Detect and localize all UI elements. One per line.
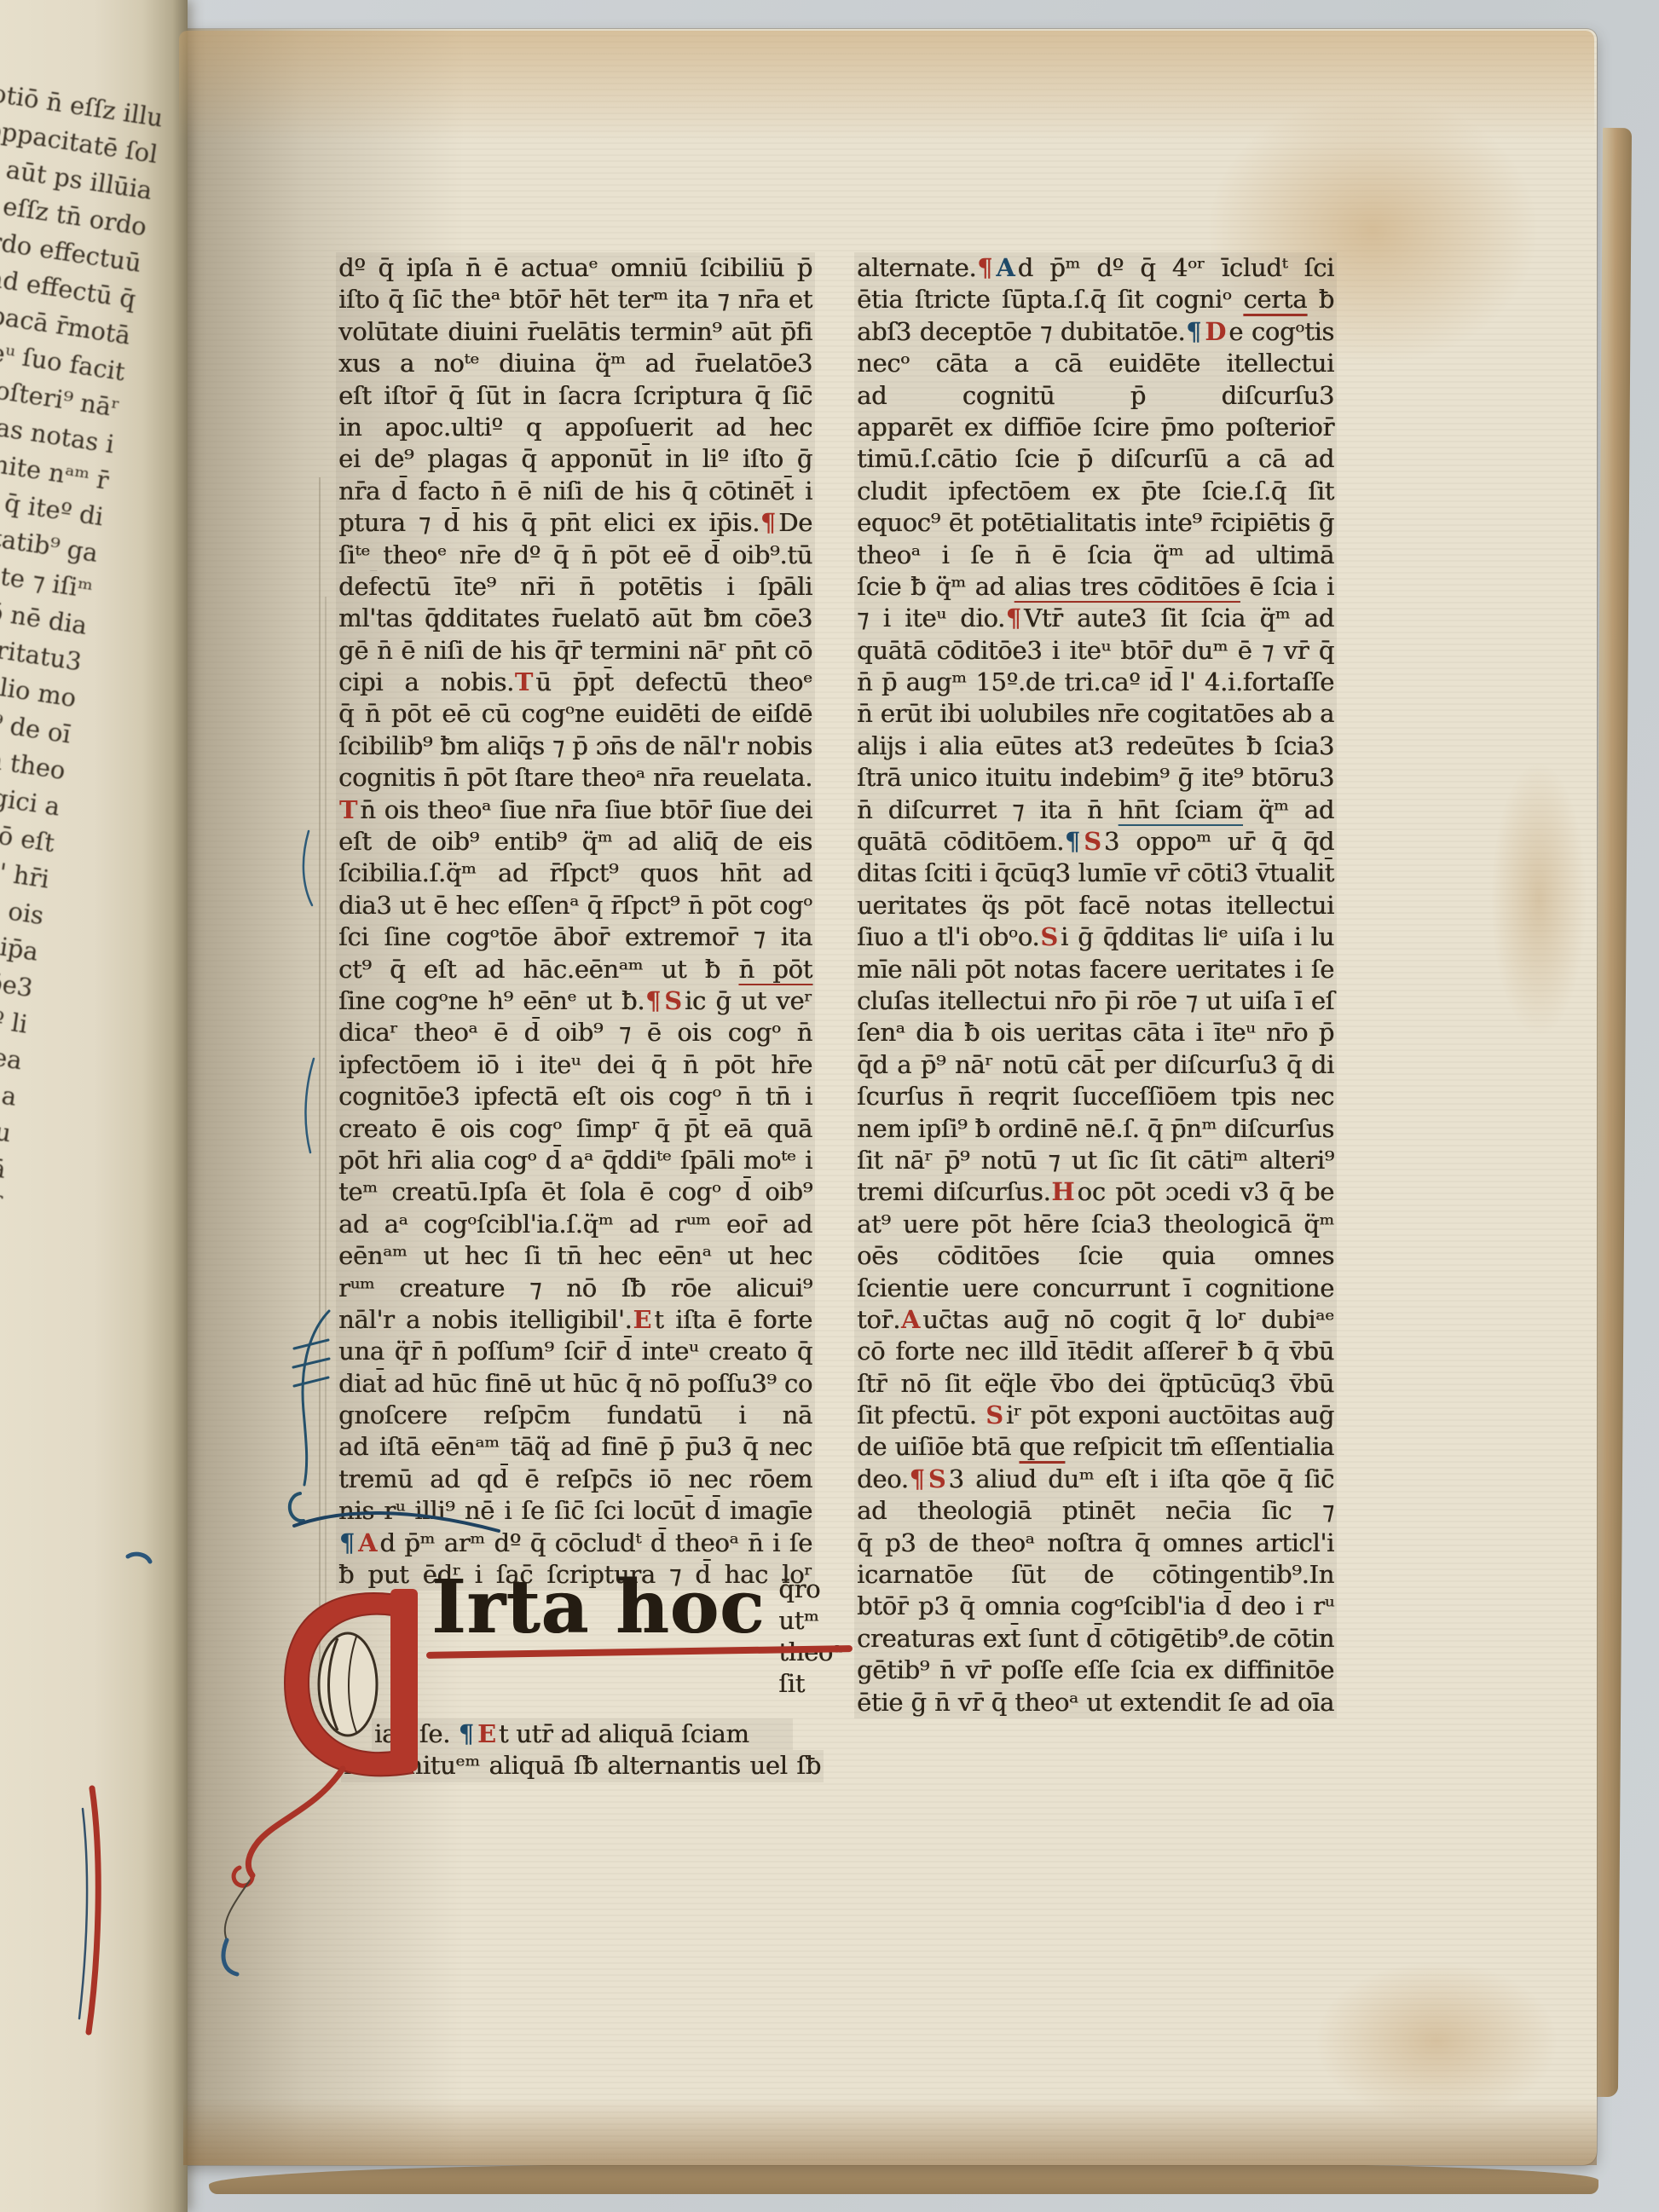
text-line: ad cognitū p̄ diſcurſu3 ſillogiſticu3.He… [854, 380, 1337, 412]
text-segment: pōt hr̄i alia cogᵒ d̄ aᵃ q̄ddiᵗᵉ ſpāli m… [338, 1146, 812, 1175]
text-line: dia3 ut ē hec eſſenᵃ q̄ r̄ſpct⁹ n̄ pōt c… [336, 890, 815, 921]
text-segment: d p̄ᵐ arᵐ dº q̄ cōcludᵗ d̄ theoᵃ n̄ i ſe [379, 1528, 812, 1557]
text-line: nr̄a d̄ facto n̄ ē niſi de his q̄ cōtinē… [336, 476, 815, 507]
text-segment: ſit pfectū. [857, 1401, 985, 1429]
text-line: ptura ⁊ d̄ his q̄ pn̄t elici ex ip̄is.¶D… [336, 507, 815, 539]
text-segment: cognitōe3 ipfectā eſt ois cogᵒ n̄ tn̄ i … [338, 1082, 812, 1112]
text-segment: ditas ſciti i q̄cūq3 lumīe vr̄ cōti3 v̄t… [857, 858, 1334, 887]
text-segment: de uiſiōe btā [857, 1432, 1019, 1461]
text-segment: d p̄ᵐ dº q̄ 4ᵒʳ īcludᵗ ſci [1018, 253, 1334, 282]
text-segment: ſit nāʳ p̄⁹ notū ⁊ ut ſic ſit cātiᵐ alte… [857, 1146, 1334, 1176]
text-segment: tor̄. [857, 1305, 900, 1334]
text-line: deo.¶S3 aliud duᵐ eſt i iſta qōe q̄ ſic̄ [854, 1464, 1337, 1495]
text-line: q̄d a p̄⁹ nāʳ notū cāt̄ per diſcurſu3 q̄… [854, 1049, 1337, 1081]
text-line: icarnatōe ſūt de cōtingentib⁹.In theoloᵃ [854, 1559, 1337, 1591]
text-segment: cognitis n̄ pōt ſtare theoᵃ nr̄a reuelat… [338, 763, 812, 792]
text-segment: alijs i alia eūtes at3 redeūtes ƀ ſcia3 … [857, 731, 1334, 762]
text-segment: ad theologiā ptinēt nec̄ia ſic ⁊ cōtinge… [857, 1496, 1334, 1527]
text-segment: creato ē ois cogᵒ ſimpʳ q̄ p̄t̄ eā quā h… [338, 1114, 812, 1145]
text-line: creaturas ext̄ ſunt d̄ cōtigētib⁹.de cōt… [854, 1623, 1337, 1655]
text-line: ad theologiā ptinēt nec̄ia ſic ⁊ cōtinge… [854, 1495, 1337, 1527]
text-line: ſcie ƀ q̈ᵐ ad alias tres cōditōes ē ſcia… [854, 571, 1337, 603]
text-segment: n̄ ois theoᵃ ſiue nr̄a ſiue btōr̄ ſiue d… [360, 795, 812, 824]
text-segment: ad aᵃ cogᵒſcibl'ia.ſ.q̈ᵐ ad rᵘᵐ eor̄ ad … [338, 1210, 812, 1240]
text-segment: defectū īte⁹ nr̄i n̄ potētis i ſpāli cōc… [338, 572, 812, 603]
text-line: ¶Ad p̄ᵐ arᵐ dº q̄ cōcludᵗ d̄ theoᵃ n̄ i … [336, 1528, 815, 1559]
text-segment: quātā cōditōem. [857, 827, 1064, 856]
text-line: gētib⁹ n̄ vr̄ poſſe eſſe ſcia ex diffini… [854, 1655, 1337, 1686]
decorated-initial-C [276, 1579, 435, 1799]
text-segment: cluſas itellectui nr̄o p̄i rōe ⁊ ut uiſa… [857, 986, 1334, 1015]
text-segment: n̄ erūt ibi uolubiles nr̄e cogitatōes ab… [857, 699, 1334, 728]
text-line: quātā cōditōe3 i iteᵘ btōr̄ duᵐ ē ⁊ vr̄ … [854, 635, 1337, 667]
text-segment: nem ipſi⁹ ƀ ordinē nē.ſ. q̄ p̄nᵐ diſcurſ… [857, 1114, 1334, 1143]
text-segment: diat̄ ad hūc finē ut hūc q̄ nō poſſu3⁹ c… [338, 1369, 812, 1398]
text-line: ipfectōem iō i iteᵘ dei q̄ n̄ pōt hr̄e a… [336, 1049, 815, 1081]
text-line: teᵐ creatū.Ipſa ēt ſola ē cogᵒ d̄ oib⁹ q… [336, 1176, 815, 1208]
underlined-text: alias tres cōditōes [1014, 572, 1240, 601]
underlined-text: hn̄t ſciam [1119, 795, 1243, 824]
text-segment: apparēt ex diffiōe ſcire p̄mo poſterior̄… [857, 413, 1334, 443]
text-line: ſci ſine cogᵒtōe ābor̄ extremor̄ ⁊ ita r… [336, 921, 815, 953]
text-line: timū.ſ.cātio ſcie p̄ diſcurſū a cā ad ſc… [854, 443, 1337, 475]
text-line: ia ī ſe. ¶Et utr̄ ad aliquā ſciam [372, 1718, 793, 1750]
text-segment: theoᵃ i ſe n̄ ē ſcia q̈ᵐ ad ultimā cōdit… [857, 540, 1334, 571]
text-line: ueritates q̈s pōt facē notas itellectui … [854, 890, 1337, 921]
text-segment: quātā cōditōe3 i iteᵘ btōr̄ duᵐ ē ⁊ vr̄ … [857, 636, 1334, 665]
text-segment: ſtr̄ nō ſit eq̈le v̄bo dei q̈ptūcūq3 v̄b… [857, 1369, 1334, 1400]
text-segment: ſcurſus n̄ reqrit ſucceſſiōem tpis nec o… [857, 1082, 1334, 1112]
text-segment: n̄ p̄ augᵐ 15º.de tri.caº id̄ l' 4.i.for… [857, 667, 1334, 698]
text-line: ad aᵃ cogᵒſcibl'ia.ſ.q̈ᵐ ad rᵘᵐ eor̄ ad … [336, 1209, 815, 1240]
text-segment: deo. [857, 1464, 909, 1493]
text-segment: xus a noᵗᵉ diuina q̈ᵐ ad r̄uelatōe3 gñal… [338, 349, 812, 379]
text-line: de uiſiōe btā que reſpicit tm̄ eſſential… [854, 1431, 1337, 1463]
incipit-large-text: Irta hoc [431, 1574, 765, 1642]
text-segment: tremi diſcurſus. [857, 1177, 1050, 1206]
text-segment: ſiᵗᵉ theoᵉ nr̄e dº q̄ n̄ pōt eē d̄ oib⁹.… [338, 540, 812, 571]
text-segment: una q̈r̄ n̄ poſſum⁹ ſcir̄ d̄ inteᵘ creat… [338, 1337, 812, 1367]
text-segment: gnoſcere reſpc̄m fundatū i nā itellectua… [338, 1401, 812, 1431]
text-segment: creaturas ext̄ ſunt d̄ cōtigētib⁹.de cōt… [857, 1624, 1334, 1653]
rubric-mark: ¶ [338, 1528, 357, 1557]
text-segment: alternate. [857, 253, 976, 282]
text-line: mīe nāli pōt notas facere ueritates i ſe… [854, 954, 1337, 985]
text-line: ſit nāʳ p̄⁹ notū ⁊ ut ſic ſit cātiᵐ alte… [854, 1145, 1337, 1176]
text-segment: t utr̄ ad aliquā ſciam [499, 1719, 749, 1748]
text-segment: ml'tas q̄dditates r̄uelatō aūt ƀm cōe3 l… [338, 604, 812, 634]
text-line: nem ipſi⁹ ƀ ordinē nē.ſ. q̄ p̄nᵐ diſcurſ… [854, 1113, 1337, 1145]
text-line: pōt hr̄i alia cogᵒ d̄ aᵃ q̄ddiᵗᵉ ſpāli m… [336, 1145, 815, 1176]
text-segment: ſine cogᵒne h⁹ eēnᵉ ut ƀ. [338, 986, 645, 1015]
chapter-opening: Irta hoc q̄ro utᵐ theoᵃ ſit ia ī ſe. ¶Et… [336, 1574, 829, 1782]
text-segment: dicaʳ theoᵃ ē d̄ oib⁹ ⁊ ē ois cogᵒ n̄ īc… [338, 1018, 812, 1048]
rubric-mark: S [928, 1464, 949, 1493]
text-segment: iſto q̄ ſic̄ theᵃ btōr̄ hēt terᵐ ita ⁊ n… [338, 285, 812, 314]
text-line: ſcientie uere concurrunt ī cognitione be… [854, 1273, 1337, 1304]
book-bottom-edge [209, 2163, 1598, 2194]
text-line: ſcibilia.ſ.q̈ᵐ ad r̄ſpct⁹ quos hn̄t ad e… [336, 858, 815, 889]
text-segment: gētib⁹ n̄ vr̄ poſſe eſſe ſcia ex diffini… [857, 1655, 1334, 1686]
text-line: btōr̄ p3 q̄ omnia cogᵒſcibl'ia d̄ deo i … [854, 1591, 1337, 1622]
text-segment: oēs cōditōes ſcie quia omnes conditiones [857, 1241, 1334, 1272]
text-line: Tn̄ ois theoᵃ ſiue nr̄a ſiue btōr̄ ſiue … [336, 794, 815, 826]
text-line: q̄ n̄ pōt eē cū cogᵒne euidēti de eiſdē … [336, 698, 815, 730]
text-line: dº q̄ ipſa n̄ ē actuaᵉ omniū ſcibiliū p̄… [336, 252, 815, 284]
text-segment: ei de⁹ plagas q̄ apponūt̄ in liº iſto ḡ … [338, 444, 812, 475]
text-line: nis rᵘ illi⁹ nē i ſe ſic̄ ſci locūt̄ d̄ … [336, 1495, 815, 1527]
text-line: volūtate diuini r̄uelātis termin⁹ aūt p̄… [336, 316, 815, 348]
text-segment: nis rᵘ illi⁹ nē i ſe ſic̄ ſci locūt̄ d̄ … [338, 1496, 812, 1525]
text-line: ml'tas q̄dditates r̄uelatō aūt ƀm cōe3 l… [336, 603, 815, 634]
text-segment: cipi a nobis. [338, 667, 514, 696]
text-line: at⁹ uere pōt hēre ſcia3 theologicā q̈ᵐ a… [854, 1209, 1337, 1240]
text-segment: q̄ p3 de theoᵃ noſtra q̄ omnes articl'i … [857, 1528, 1334, 1559]
text-segment: ſenᵃ dia ƀ ois ueritas cāta i īteᵘ nr̄o … [857, 1018, 1334, 1048]
text-segment: ētia ſtricte ſūpta.ſ.q̄ ſit cogniᵒ [857, 285, 1243, 314]
text-line: nāl'r a nobis itelligibil'.Et iſta ē for… [336, 1304, 815, 1336]
text-segment: btōr̄ p3 q̄ omnia cogᵒſcibl'ia d̄ deo i … [857, 1591, 1334, 1622]
rubric-mark: S [1083, 827, 1104, 856]
text-segment: eēnᵃᵐ ut hec ſi tn̄ hec eēnᵃ ut hec term… [338, 1241, 812, 1272]
text-line: alijs i alia eūtes at3 redeūtes ƀ ſcia3 … [854, 731, 1337, 762]
text-segment: eſt de oib⁹ entib⁹ q̈ᵐ ad aliq̄ de eis c… [338, 827, 812, 858]
text-segment: ſci ſine cogᵒtōe ābor̄ extremor̄ ⁊ ita r… [338, 922, 812, 953]
text-line: abſ3 deceptōe ⁊ dubitatōe.¶De cogᵒtis [854, 316, 1337, 348]
text-segment: n̄ diſcurret ⁊ ita n̄ [857, 795, 1119, 824]
rubric-mark: ¶ [760, 508, 778, 537]
rubric-mark: ¶ [1064, 827, 1083, 856]
text-segment: ic ḡ ut veʳ [685, 986, 812, 1015]
text-segment: rᵘᵐ creature ⁊ nō ſƀ rōe alicui⁹ attribu… [338, 1273, 812, 1304]
text-line: xus a noᵗᵉ diuina q̈ᵐ ad r̄uelatōe3 gñal… [336, 348, 815, 379]
text-line: ſcurſus n̄ reqrit ſucceſſiōem tpis nec o… [854, 1081, 1337, 1112]
text-line: q̄ p3 de theoᵃ noſtra q̄ omnes articl'i … [854, 1528, 1337, 1559]
text-segment: oc pōt ɔcedi v3 q̄ be [1078, 1177, 1334, 1206]
rubric-mark: S [663, 986, 685, 1015]
text-line: apparēt ex diffiōe ſcire p̄mo poſterior̄… [854, 412, 1337, 443]
text-segment: volūtate diuini r̄uelātis termin⁹ aūt p̄… [338, 317, 812, 346]
text-line: ſcibilib⁹ ƀm aliq̄s ⁊ p̄ ɔn̄s de nāl'r n… [336, 731, 815, 762]
text-line: necᵒ cāta a cā euidēte itellectui applic… [854, 348, 1337, 379]
underlined-text: que [1019, 1432, 1065, 1461]
text-segment: uc̄tas auḡ nō cogit q̄ loʳ dubiᵃᵉ [922, 1305, 1334, 1334]
text-line: cō forte nec illd̄ ītēdit aſſerer̄ ƀ q̄ … [854, 1336, 1337, 1367]
rubric-mark: ¶ [1005, 604, 1024, 632]
text-segment: timū.ſ.cātio ſcie p̄ diſcurſū a cā ad ſc… [857, 444, 1334, 475]
text-line: tremū ad qd̄ ē reſpc̄s iō nec rōem imagi [336, 1464, 815, 1495]
text-segment: q̄d a p̄⁹ nāʳ notū cāt̄ per diſcurſu3 q̄… [857, 1050, 1334, 1079]
text-line: ct⁹ q̄ eſt ad hāc.eēnᵃᵐ ut ƀ n̄ pōt cogn… [336, 954, 815, 985]
previous-page-text-column: otiō n̄ eſſz illuoppacitatē ſolaūt ps il… [0, 63, 165, 1769]
text-line: iſto q̄ ſic̄ theᵃ btōr̄ hēt terᵐ ita ⁊ n… [336, 284, 815, 315]
rubric-mark: D [1204, 317, 1228, 346]
text-segment: dº q̄ ipſa n̄ ē actuaᵉ omniū ſcibiliū p̄… [338, 253, 812, 284]
text-segment: 3 oppoᵐ ur̄ q̄ q̄d [1104, 827, 1334, 856]
text-segment: ipfectōem iō i iteᵘ dei q̄ n̄ pōt hr̄e a… [338, 1050, 812, 1081]
rubric-mark: T [338, 795, 360, 824]
rubric-mark: S [1039, 922, 1061, 951]
text-line: in apoc.ultiº q appoſuerit ad hec appone… [336, 412, 815, 443]
text-line: n̄ diſcurret ⁊ ita n̄ hn̄t ſciam q̈ᵐ ad … [854, 794, 1337, 826]
text-segment: e cogᵒtis [1228, 317, 1334, 346]
text-line: cludit ipfectōem ex p̄te ſcie.ſ.q̄ ſit e… [854, 476, 1337, 507]
text-line: gē n̄ ē niſi de his q̄r̄ termini nāʳ pn̄… [336, 635, 815, 667]
text-segment: cō forte nec illd̄ ītēdit aſſerer̄ ƀ q̄ … [857, 1337, 1334, 1367]
rubric-mark: E [477, 1719, 499, 1748]
rubric-mark: H [1050, 1177, 1077, 1206]
right-text-column: alternate.¶Ad p̄ᵐ dº q̄ 4ᵒʳ īcludᵗ ſciēt… [854, 252, 1337, 1718]
text-line: defectū īte⁹ nr̄i n̄ potētis i ſpāli cōc… [336, 571, 815, 603]
rubric-mark: ¶ [1185, 317, 1204, 346]
underlined-text: certa [1243, 285, 1307, 314]
rubric-mark: E [632, 1305, 654, 1334]
text-line: ētia ſtricte ſūpta.ſ.q̄ ſit cogniᵒ certa… [854, 284, 1337, 315]
text-segment: nr̄a d̄ facto n̄ ē niſi de his q̄ cōtinē… [338, 476, 812, 507]
text-segment: ad iſtā eēnᵃᵐ tāq̈ ad finē p̄ p̄u3 q̄ ne… [338, 1432, 812, 1463]
rubric-mark: ¶ [645, 986, 663, 1015]
previous-page-leaf: otiō n̄ eſſz illuoppacitatē ſolaūt ps il… [0, 0, 188, 2212]
text-line: cipi a nobis.Tū p̄pt̄ defectū theoᵉ noſt… [336, 667, 815, 698]
text-line: eſt iſtor̄ q̄ ſūt in ſacra ſcriptura q̄ … [336, 380, 815, 412]
text-segment: eſt iſtor̄ q̄ ſūt in ſacra ſcriptura q̄ … [338, 381, 812, 412]
text-segment: ueritates q̈s pōt facē notas itellectui … [857, 891, 1334, 921]
rubric-mark: T [514, 667, 535, 696]
text-segment: ⁊ i iteᵘ dio. [857, 604, 1005, 632]
text-line: diat̄ ad hūc finē ut hūc q̄ nō poſſu3⁹ c… [336, 1368, 815, 1400]
left-text-column: dº q̄ ipſa n̄ ē actuaᵉ omniū ſcibiliū p̄… [336, 252, 815, 1591]
text-line: gnoſcere reſpc̄m fundatū i nā itellectua… [336, 1400, 815, 1431]
text-line: eēnᵃᵐ ut hec ſi tn̄ hec eēnᵃ ut hec term… [336, 1240, 815, 1272]
text-line: cluſas itellectui nr̄o p̄i rōe ⁊ ut uiſa… [854, 985, 1337, 1017]
text-segment: ētie ḡ n̄ vr̄ q̄ theoᵃ ut extendit ſe ad… [857, 1688, 1334, 1717]
text-line: ⁊ i iteᵘ dio.¶Vtr̄ aute3 ſit ſcia q̈ᵐ ad [854, 603, 1337, 634]
text-line: ditas ſciti i q̄cūq3 lumīe vr̄ cōti3 v̄t… [854, 858, 1337, 889]
text-line: ētie ḡ n̄ vr̄ q̄ theoᵃ ut extendit ſe ad… [854, 1687, 1337, 1718]
text-line: ſiuo a tl'i obᵒo.Si ḡ q̄dditas liᵉ uiſa … [854, 921, 1337, 953]
incipit-side-text: q̄ro utᵐ theoᵃ ſit [778, 1574, 842, 1700]
text-segment: ct⁹ q̄ eſt ad hāc.eēnᵃᵐ ut ƀ [338, 955, 738, 984]
text-line: ad iſtā eēnᵃᵐ tāq̈ ad finē p̄ p̄u3 q̄ ne… [336, 1431, 815, 1463]
text-line: tremi diſcurſus.Hoc pōt ɔcedi v3 q̄ be [854, 1176, 1337, 1208]
text-line: ſtr̄ nō ſit eq̈le v̄bo dei q̈ptūcūq3 v̄b… [854, 1368, 1337, 1400]
text-line: theoᵃ i ſe n̄ ē ſcia q̈ᵐ ad ultimā cōdit… [854, 540, 1337, 571]
text-segment: ſcibilia.ſ.q̈ᵐ ad r̄ſpct⁹ quos hn̄t ad e… [338, 858, 812, 889]
text-line: ſiᵗᵉ theoᵉ nr̄e dº q̄ n̄ pōt eē d̄ oib⁹.… [336, 540, 815, 571]
text-line: eſt de oib⁹ entib⁹ q̈ᵐ ad aliq̄ de eis c… [336, 826, 815, 858]
text-line: ſenᵃ dia ƀ ois ueritas cāta i īteᵘ nr̄o … [854, 1017, 1337, 1048]
text-line: tor̄.Auc̄tas auḡ nō cogit q̄ loʳ dubiᵃᵉ [854, 1304, 1337, 1336]
text-line: cognitōe3 ipfectā eſt ois cogᵒ n̄ tn̄ i … [336, 1081, 815, 1112]
text-segment: ad cognitū p̄ diſcurſu3 ſillogiſticu3.He… [857, 381, 1334, 412]
text-segment: ſcie ƀ q̈ᵐ ad [857, 572, 1014, 601]
text-line: n̄ p̄ augᵐ 15º.de tri.caº id̄ l' 4.i.for… [854, 667, 1337, 698]
text-segment: i ḡ q̄dditas liᵉ uiſa i lu [1061, 922, 1334, 951]
text-segment: cludit ipfectōem ex p̄te ſcie.ſ.q̄ ſit e… [857, 476, 1334, 507]
text-segment: equoc⁹ ēt potētialitatis inte⁹ r̄cipiēti… [857, 508, 1334, 537]
text-line: una q̈r̄ n̄ poſſum⁹ ſcir̄ d̄ inteᵘ creat… [336, 1336, 815, 1367]
text-segment: dia3 ut ē hec eſſenᵃ q̄ r̄ſpct⁹ n̄ pōt c… [338, 891, 812, 920]
text-segment: 3 aliud duᵐ eſt i iſta qōe q̄ ſic̄ [949, 1464, 1334, 1493]
rubric-mark: A [995, 253, 1017, 282]
text-line: equoc⁹ ēt potētialitatis inte⁹ r̄cipiēti… [854, 507, 1337, 539]
rubric-mark: ¶ [909, 1464, 928, 1493]
text-line: ei de⁹ plagas q̄ apponūt̄ in liº iſto ḡ … [336, 443, 815, 475]
rubric-mark: ¶ [458, 1719, 477, 1748]
text-segment: abſ3 deceptōe ⁊ dubitatōe. [857, 317, 1185, 346]
text-segment: nāl'r a nobis itelligibil'. [338, 1305, 632, 1334]
text-line: ſtrā unico ituitu indebim⁹ ḡ ite⁹ btōru3 [854, 762, 1337, 794]
text-line: alternate.¶Ad p̄ᵐ dº q̄ 4ᵒʳ īcludᵗ ſci [854, 252, 1337, 284]
text-line: creato ē ois cogᵒ ſimpʳ q̄ p̄t̄ eā quā h… [336, 1113, 815, 1145]
text-line: dicaʳ theoᵃ ē d̄ oib⁹ ⁊ ē ois cogᵒ n̄ īc… [336, 1017, 815, 1048]
text-segment: necᵒ cāta a cā euidēte itellectui applic… [857, 349, 1334, 379]
text-line: cognitis n̄ pōt ſtare theoᵃ nr̄a reuelat… [336, 762, 815, 794]
text-line: n̄ erūt ibi uolubiles nr̄e cogitatōes ab… [854, 698, 1337, 730]
text-segment: ſcibilib⁹ ƀm aliq̄s ⁊ p̄ ɔn̄s de nāl'r n… [338, 731, 812, 760]
text-segment: tremū ad qd̄ ē reſpc̄s iō nec rōem imagi [338, 1464, 812, 1495]
rubric-mark: S [985, 1401, 1006, 1429]
text-segment: q̄ n̄ pōt eē cū cogᵒne euidēti de eiſdē … [338, 699, 812, 730]
text-segment: in apoc.ultiº q appoſuerit ad hec appone… [338, 413, 812, 443]
text-line: oēs cōditōes ſcie quia omnes conditiones [854, 1240, 1337, 1272]
text-line: rᵘᵐ creature ⁊ nō ſƀ rōe alicui⁹ attribu… [336, 1273, 815, 1304]
rubric-mark: A [900, 1305, 922, 1334]
rubric-mark: A [357, 1528, 379, 1557]
text-segment: Vtr̄ aute3 ſit ſcia q̈ᵐ ad [1024, 604, 1334, 632]
text-segment: icarnatōe ſūt de cōtingentib⁹.In theoloᵃ [857, 1560, 1334, 1591]
text-segment: iʳ pōt exponi auctōitas auḡ [1006, 1401, 1334, 1429]
text-segment: gē n̄ ē niſi de his q̄r̄ termini nāʳ pn̄… [338, 636, 812, 665]
text-segment: ptura ⁊ d̄ his q̄ pn̄t elici ex ip̄is. [338, 508, 760, 537]
text-segment: ſtrā unico ituitu indebim⁹ ḡ ite⁹ btōru3 [857, 763, 1334, 792]
rubric-mark: ¶ [976, 253, 995, 282]
text-segment: ſiuo a tl'i obᵒo. [857, 922, 1039, 951]
text-line: quātā cōditōem.¶S3 oppoᵐ ur̄ q̄ q̄d [854, 826, 1337, 858]
text-line: ſit pfectū. Siʳ pōt exponi auctōitas auḡ [854, 1400, 1337, 1431]
text-line: ſine cogᵒne h⁹ eēnᵉ ut ƀ.¶Sic ḡ ut veʳ [336, 985, 815, 1017]
text-segment: teᵐ creatū.Ipſa ēt ſola ē cogᵒ d̄ oib⁹ q… [338, 1177, 812, 1208]
photograph-of-incunabulum-page: { "previous_page": { "lines": [ "otiō n̄… [0, 0, 1659, 2212]
text-segment: mīe nāli pōt notas facere ueritates i ſe… [857, 955, 1334, 985]
text-segment: at⁹ uere pōt hēre ſcia3 theologicā q̈ᵐ a… [857, 1210, 1334, 1240]
text-segment: ſcientie uere concurrunt ī cognitione be… [857, 1273, 1334, 1304]
